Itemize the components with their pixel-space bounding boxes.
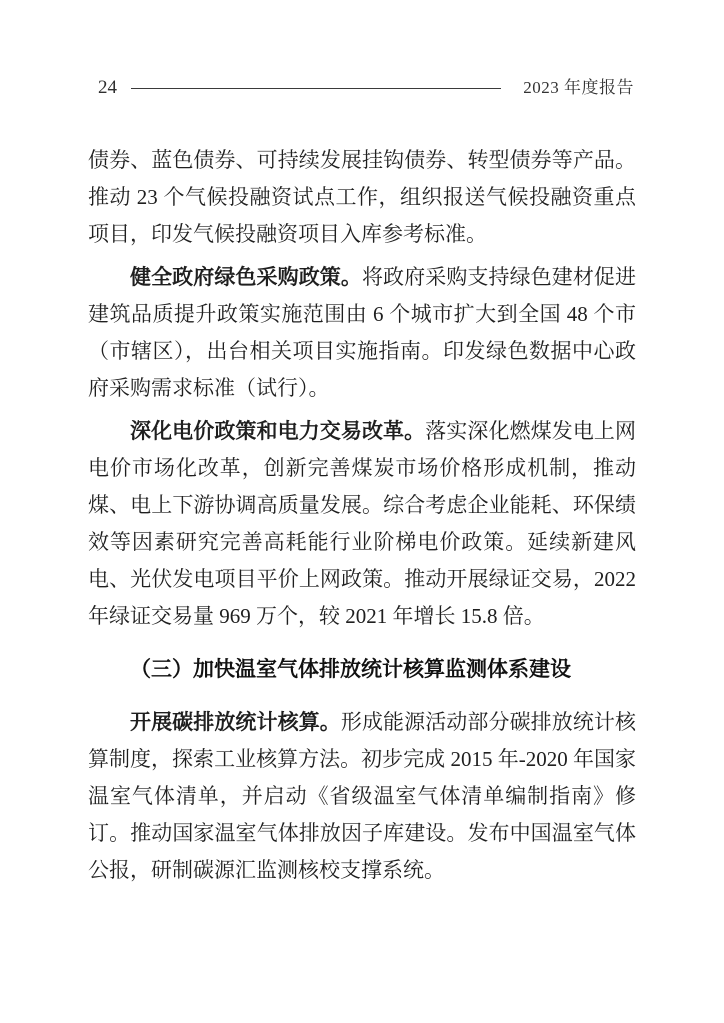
- document-body: 债券、蓝色债券、可持续发展挂钩债券、转型债券等产品。推动 23 个气候投融资试点…: [88, 142, 636, 895]
- page-header: 24 2023 年度报告: [98, 76, 634, 100]
- body-paragraph-electricity-price-reform: 深化电价政策和电力交易改革。落实深化燃煤发电上网电价市场化改革，创新完善煤炭市场…: [88, 413, 636, 635]
- body-paragraph-green-procurement: 健全政府绿色采购政策。将政府采购支持绿色建材促进建筑品质提升政策实施范围由 6 …: [88, 259, 636, 407]
- paragraph-lead: 开展碳排放统计核算。: [130, 710, 341, 734]
- report-page: 24 2023 年度报告 债券、蓝色债券、可持续发展挂钩债券、转型债券等产品。推…: [0, 0, 724, 1023]
- paragraph-text: 形成能源活动部分碳排放统计核算制度，探索工业核算方法。初步完成 2015 年-2…: [88, 710, 636, 882]
- report-title: 2023 年度报告: [523, 77, 634, 99]
- paragraph-text: 落实深化燃煤发电上网电价市场化改革，创新完善煤炭市场价格形成机制，推动煤、电上下…: [88, 419, 636, 628]
- page-number: 24: [98, 76, 117, 100]
- paragraph-lead: 健全政府绿色采购政策。: [130, 265, 362, 289]
- section-heading: （三）加快温室气体排放统计核算监测体系建设: [88, 651, 636, 688]
- header-rule: [131, 88, 501, 89]
- paragraph-text: 债券、蓝色债券、可持续发展挂钩债券、转型债券等产品。推动 23 个气候投融资试点…: [88, 148, 636, 246]
- body-paragraph-continuation: 债券、蓝色债券、可持续发展挂钩债券、转型债券等产品。推动 23 个气候投融资试点…: [88, 142, 636, 253]
- paragraph-lead: 深化电价政策和电力交易改革。: [130, 419, 425, 443]
- body-paragraph-carbon-accounting: 开展碳排放统计核算。形成能源活动部分碳排放统计核算制度，探索工业核算方法。初步完…: [88, 704, 636, 889]
